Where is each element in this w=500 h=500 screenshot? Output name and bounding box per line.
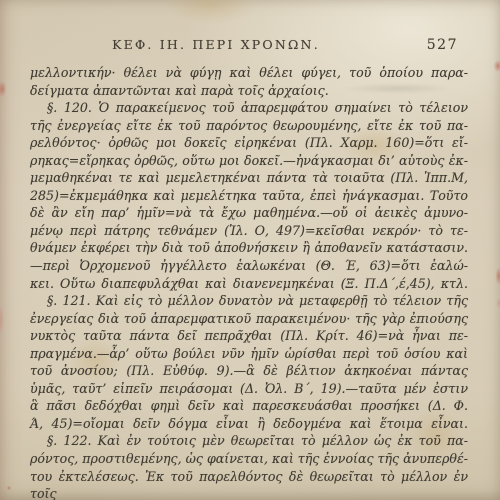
body-text: μελλοντικήν· θέλει νὰ φύγῃ καὶ θέλει φύγ…	[30, 64, 468, 485]
text-line: δείγματα ἀπαντῶνται καὶ παρὰ τοῖς ἀρχαίο…	[30, 82, 468, 100]
foxing-spot	[150, 0, 270, 30]
text-line: ὑμᾶς, ταῦτ’ εἰπεῖν πειράσομαι (Δ. Ὀλ. Β΄…	[30, 380, 468, 398]
text-line: πραγμένα.—ἆρ’ οὕτω βούλει νῦν ἡμῖν ὡρίσθ…	[30, 345, 468, 363]
stain-left-edge	[0, 78, 8, 100]
text-line: §. 120. Ὁ παρακείμενος τοῦ ἀπαρεμφάτου σ…	[30, 99, 468, 117]
text-line: Ά, 45)=οἴομαι δεῖν δόγμα εἶναι ἢ δεδογμέ…	[30, 415, 468, 433]
text-line: δὲ ἂν εἴη παρ’ ἡμῖν=νὰ τὰ ἔχω μαθημένα.—…	[30, 204, 468, 222]
text-line: ἐνεργείας διὰ τοῦ ἀπαρεμφατικοῦ παρακειμ…	[30, 310, 468, 328]
scanned-book-page: ΚΕΦ. ΙΗ. ΠΕΡΙ ΧΡΟΝΩΝ. 527 μελλοντικήν· θ…	[0, 0, 500, 500]
text-line: ρελθόντος· ὀρθῶς μοι δοκεῖς εἰρηκέναι (Π…	[30, 134, 468, 152]
stain-right-edge-mid	[494, 264, 500, 288]
page-number: 527	[427, 37, 458, 53]
stain-bottom-left-dot	[6, 485, 12, 491]
text-line: μεμαθηκέναι τε καὶ μεμελετηκέναι πάντα τ…	[30, 169, 468, 187]
stain-right-edge-top	[492, 58, 500, 74]
text-line: τοῦ ἀνοσίου; (Πλ. Εὐθύφ. 9).—ἃ δὲ βέλτιο…	[30, 362, 468, 380]
text-line: ἃ πᾶσι δεδόχθαι φημὶ δεῖν καὶ παρεσκευάσ…	[30, 397, 468, 415]
text-line: —περὶ Ὀρχομενοῦ ἠγγέλλετο ἑαλωκέναι (Θ. …	[30, 257, 468, 275]
text-line: μένῳ περὶ πάτρης τεθνάμεν (Ἰλ. Ο, 497)=κ…	[30, 222, 468, 240]
text-line: μελλοντικήν· θέλει νὰ φύγῃ καὶ θέλει φύγ…	[30, 64, 468, 82]
text-line: ρηκας=εἴρηκας ὀρθῶς, οὕτω μοι δοκεῖ.—ἠνά…	[30, 152, 468, 170]
text-line: τῆς ἐνεργείας εἴτε ἐκ τοῦ παρόντος θεωρο…	[30, 117, 468, 135]
text-line: §. 122. Καὶ ἐν τούτοις μὲν θεωρεῖται τὸ …	[30, 432, 468, 450]
text-line: 285)=ἐκμεμάθηκα καὶ μεμελέτηκα ταῦτα, ἐπ…	[30, 187, 468, 205]
text-line: ρόντος, προστιθεμένης, ὡς φαίνεται, καὶ …	[30, 450, 468, 468]
text-line: θνάμεν ἐκφέρει τὴν διὰ τοῦ ἀποθνήσκειν ἢ…	[30, 239, 468, 257]
text-line: κει. Οὕτω διαπεφυλάχθαι καὶ διανενεμηκέν…	[30, 275, 468, 293]
running-head: ΚΕΦ. ΙΗ. ΠΕΡΙ ΧΡΟΝΩΝ. 527	[30, 37, 468, 55]
stain-right-edge-low	[495, 296, 500, 310]
text-line: §. 121. Καὶ εἰς τὸ μέλλον δυνατὸν νὰ μετ…	[30, 292, 468, 310]
text-line: νυκτὸς ταῦτα πάντα δεῖ πεπρᾶχθαι (Πλ. Κρ…	[30, 327, 468, 345]
chapter-title: ΚΕΦ. ΙΗ. ΠΕΡΙ ΧΡΟΝΩΝ.	[30, 37, 402, 52]
text-line: του ἐκτελέσεως. Ἐκ τοῦ παρελθόντος δὲ θε…	[30, 468, 468, 486]
stain-left-edge-2	[0, 300, 5, 340]
